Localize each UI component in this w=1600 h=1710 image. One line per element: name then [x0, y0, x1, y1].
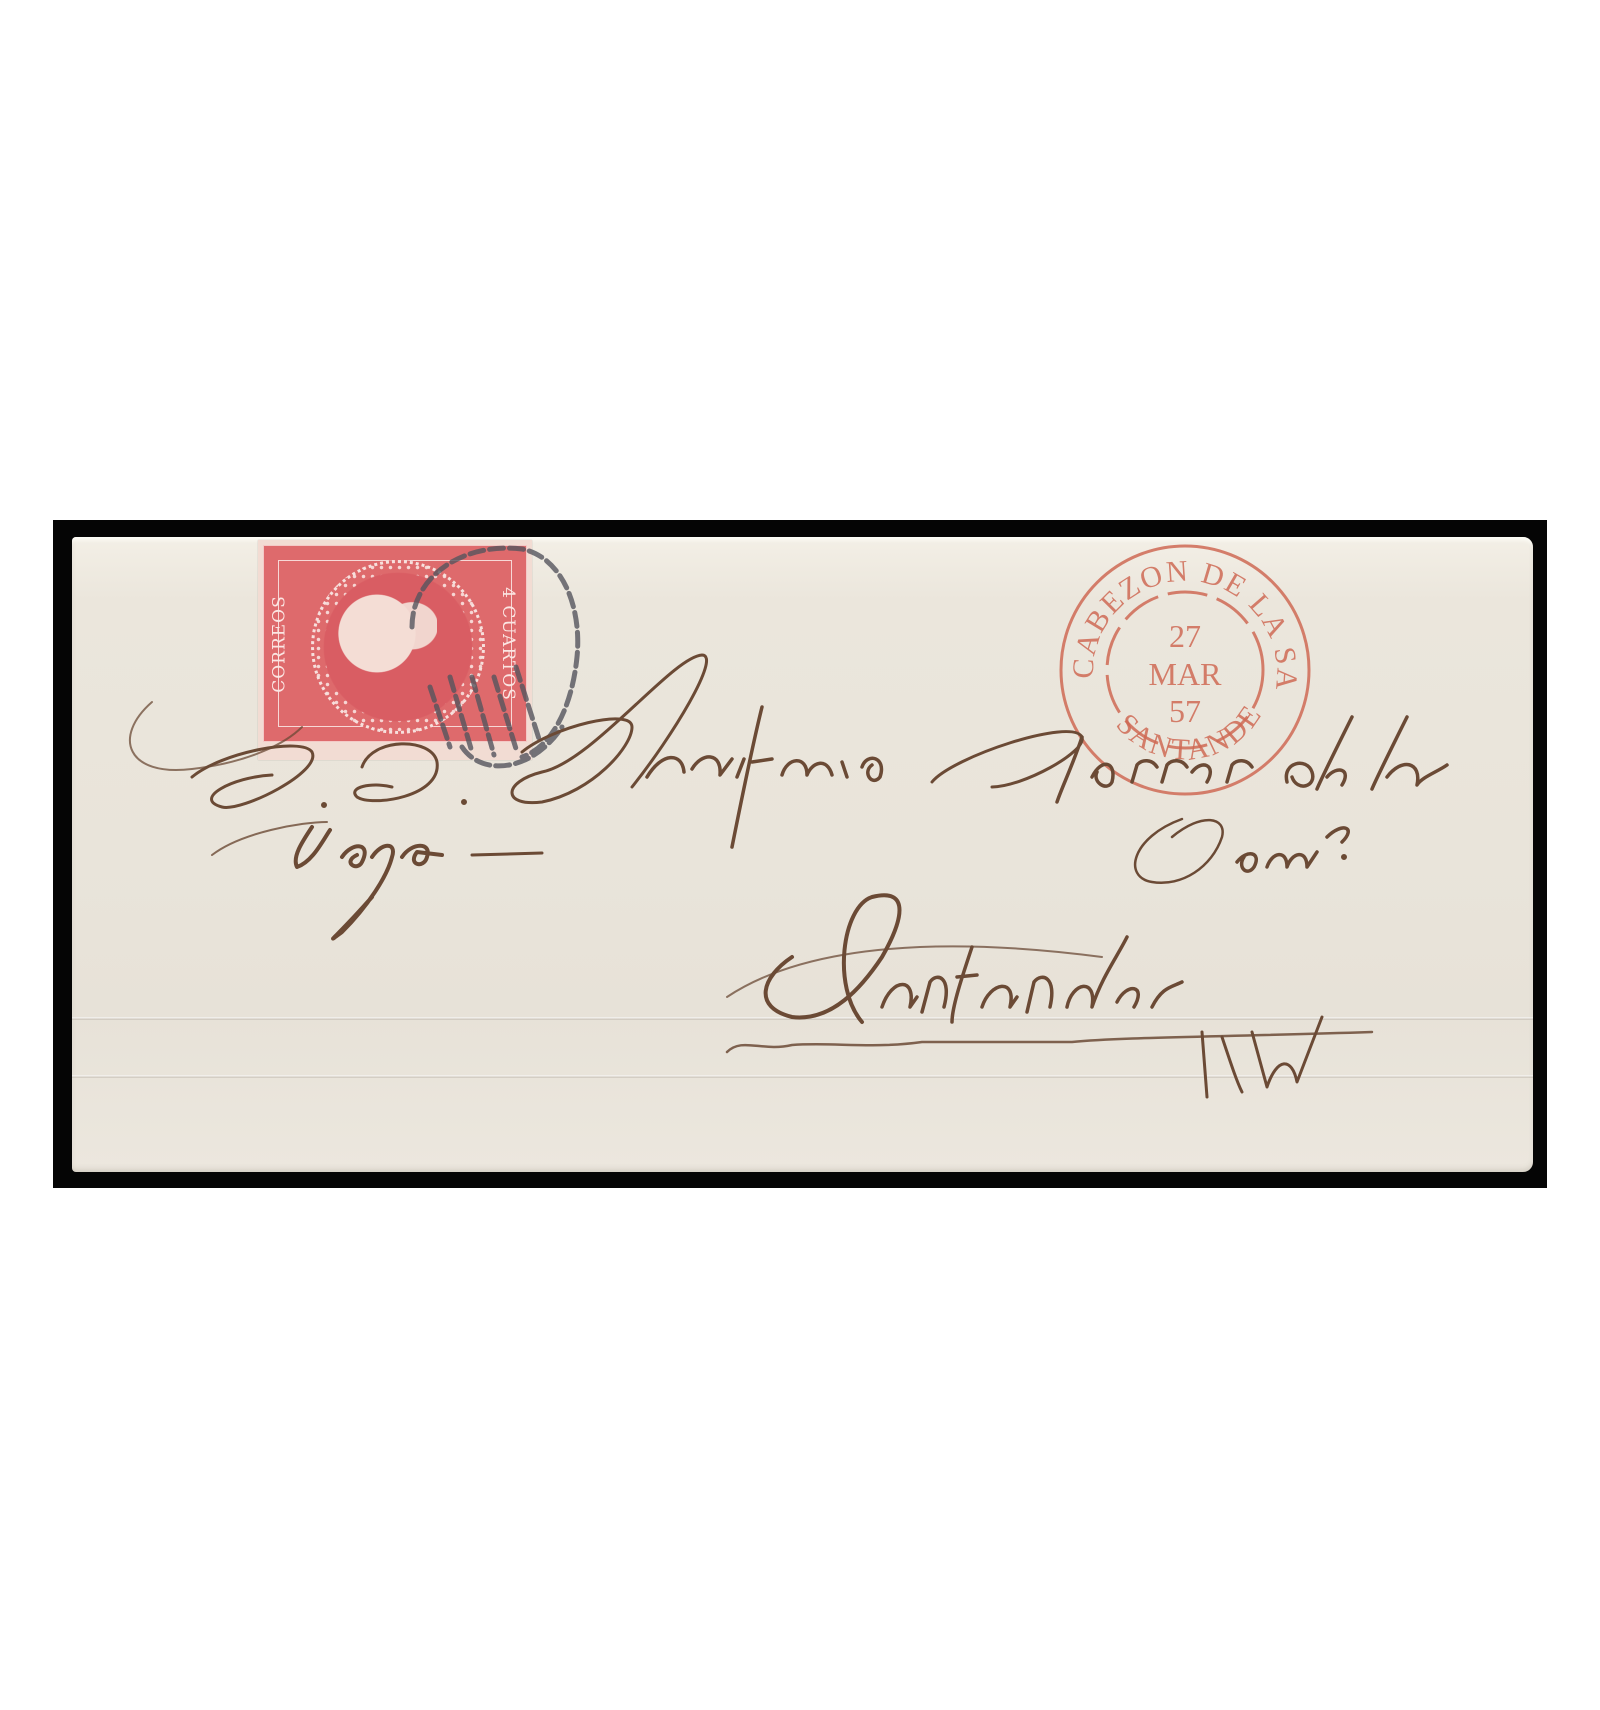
fold-line [72, 1075, 1533, 1078]
stamp-design: CORREOS 4 CUARTOS [263, 545, 527, 742]
postmark-month: MAR [1149, 656, 1223, 692]
postmark-day: 27 [1169, 618, 1201, 654]
stamp-inscription-left: CORREOS [270, 595, 290, 693]
postmark-datestamp: CABEZON DE LA SAL SANTANDER 27 MAR 57 [1057, 542, 1313, 798]
postage-stamp: CORREOS 4 CUARTOS [258, 540, 532, 760]
stamp-inscription-right: 4 CUARTOS [498, 587, 518, 701]
fold-line [72, 1017, 1533, 1020]
postal-cover: CORREOS 4 CUARTOS CABEZON DE LA SAL SANT… [72, 537, 1533, 1172]
queen-portrait-icon [337, 584, 437, 694]
postmark-year: 57 [1169, 693, 1201, 729]
